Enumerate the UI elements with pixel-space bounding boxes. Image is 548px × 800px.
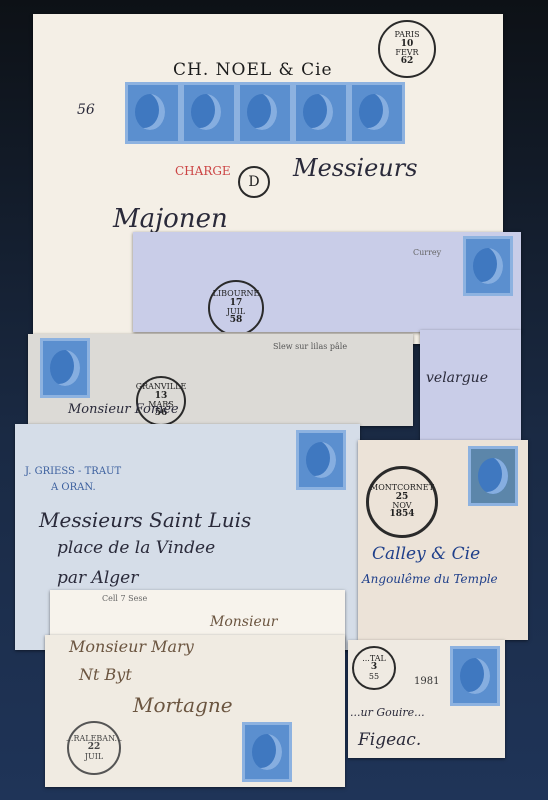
address-line: Nt Byt	[79, 665, 132, 684]
address-fragment: Monsieur Fomée	[68, 402, 179, 417]
pencil-note: Cell 7 Sese	[102, 594, 147, 603]
stamp	[468, 446, 518, 506]
postmark-libourne: LIBOURNE 17 JUIL 58	[208, 280, 264, 332]
address-line: Messieurs Saint Luis	[39, 508, 251, 532]
stamp	[242, 722, 292, 782]
address-line: Angoulême du Temple	[362, 572, 498, 586]
boxed-marking: D	[238, 166, 270, 198]
address-fragment: velargue	[426, 370, 488, 386]
printed-header: J. GRIESS - TRAUT	[25, 466, 121, 477]
postmark-mortagne: ...RALEBAN... 22 JUIL	[67, 721, 121, 775]
cover-mortagne: Monsieur Mary Nt Byt Mortagne ...RALEBAN…	[45, 635, 345, 787]
postmark-paris: PARIS 10 FEVR 62	[378, 20, 436, 78]
stamp	[450, 646, 500, 706]
stamp-strip-of-five	[125, 82, 405, 144]
cover-libourne-lower: velargue	[420, 330, 521, 440]
address-line: place de la Vindee	[57, 538, 215, 558]
address-line: Majonen	[113, 204, 228, 234]
handwritten-number: 56	[77, 102, 95, 118]
address-line: Messieurs	[293, 154, 418, 182]
address-line: par Alger	[57, 568, 138, 588]
printed-header: CH. NOEL & Cie	[173, 60, 333, 80]
postmark-montcornet: MONTCORNET 25 NOV 1854	[366, 466, 438, 538]
address-line: Calley & Cie	[372, 544, 480, 564]
printed-header: A ORAN.	[51, 482, 96, 493]
stamp	[40, 338, 90, 398]
stamp	[293, 82, 349, 144]
pencil-note: Slew sur lilas pâle	[273, 342, 347, 351]
address-line: Monsieur Mary	[69, 637, 194, 656]
stamp	[181, 82, 237, 144]
stamp	[349, 82, 405, 144]
address-line: ...ur Gouire...	[350, 706, 425, 719]
address-line: Monsieur	[210, 614, 277, 630]
postmark-figeac: ...TAL 3 55	[352, 646, 396, 690]
red-marking: CHARGE	[175, 164, 231, 178]
address-line: Mortagne	[133, 693, 233, 717]
numeral-cancel: 1981	[414, 676, 439, 687]
postmark-granville: GRANVILLE 13 MARS 56	[136, 376, 186, 426]
address-line: Figeac.	[358, 730, 421, 750]
pencil-note: Currey	[413, 248, 441, 257]
stamp	[125, 82, 181, 144]
stamp	[237, 82, 293, 144]
stamp	[296, 430, 346, 490]
stamp	[463, 236, 513, 296]
